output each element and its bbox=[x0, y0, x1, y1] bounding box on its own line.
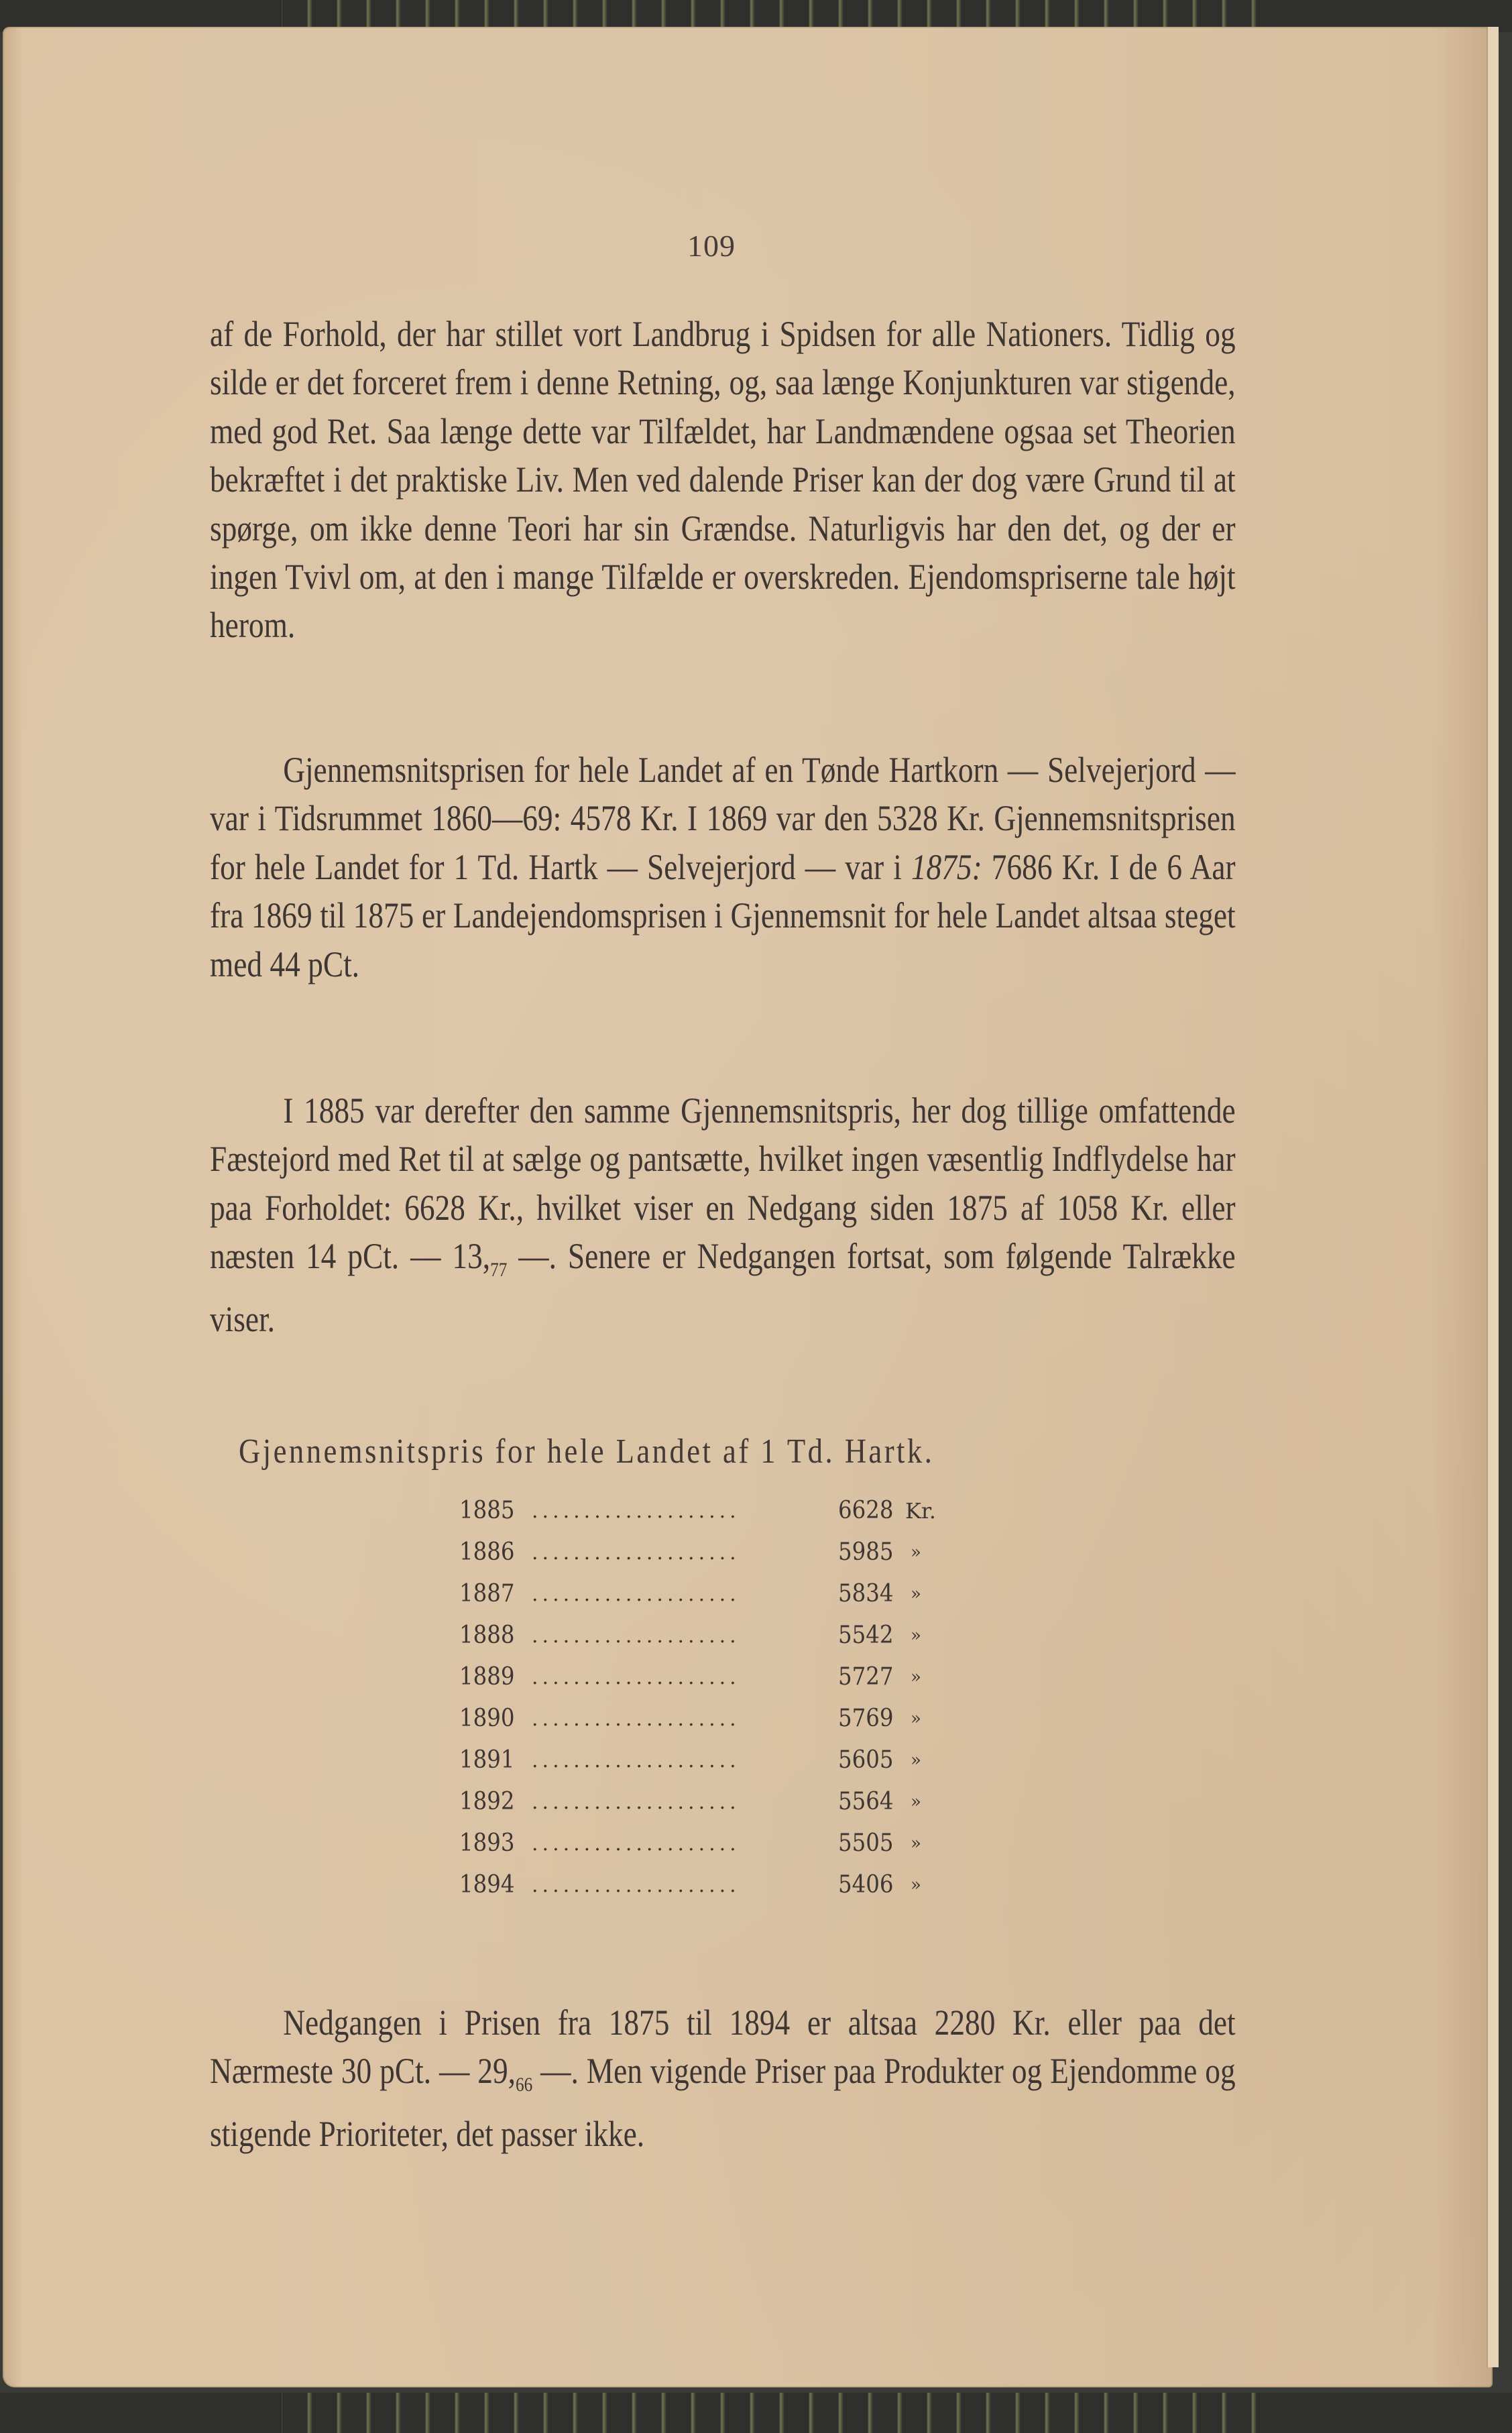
ditto-mark: » bbox=[911, 1584, 921, 1604]
row-unit: Kr. bbox=[905, 1498, 936, 1524]
row-year: 1890 bbox=[459, 1705, 514, 1732]
binding-plain-right bbox=[1257, 2393, 1512, 2433]
dot-leader: .................... bbox=[532, 1538, 787, 1568]
dot-leader: .................... bbox=[532, 1871, 787, 1901]
row-value: 5985 bbox=[838, 1538, 893, 1566]
dot-leader: .................... bbox=[532, 1788, 787, 1817]
row-year: 1886 bbox=[459, 1538, 514, 1566]
row-year: 1893 bbox=[459, 1829, 514, 1857]
dot-leader: .................... bbox=[532, 1622, 787, 1651]
row-year: 1894 bbox=[459, 1871, 514, 1899]
row-value: 5505 bbox=[838, 1829, 893, 1857]
page-number: 109 bbox=[687, 228, 736, 264]
row-value: 5727 bbox=[838, 1663, 893, 1691]
row-value: 5406 bbox=[838, 1871, 893, 1899]
ditto-mark: » bbox=[911, 1667, 921, 1687]
paragraph-text: Gjennemsnitsprisen for hele Landet af en… bbox=[210, 746, 1236, 988]
paragraph-4: Nedgangen i Prisen fra 1875 til 1894 er … bbox=[210, 1998, 1236, 2158]
row-value: 6628 bbox=[838, 1497, 893, 1524]
paragraph-1: af de Forhold, der har stillet vort Land… bbox=[210, 310, 1236, 650]
ditto-mark: » bbox=[911, 1750, 921, 1770]
row-year: 1891 bbox=[459, 1746, 514, 1774]
row-value: 5564 bbox=[838, 1788, 893, 1815]
book-binding-bottom bbox=[0, 2393, 1512, 2433]
row-year: 1887 bbox=[459, 1580, 514, 1607]
table-title: Gjennemsnitspris for hele Landet af 1 Td… bbox=[239, 1432, 934, 1471]
decimal-subscript: 66 bbox=[516, 2074, 532, 2096]
paragraph-2: Gjennemsnitsprisen for hele Landet af en… bbox=[210, 746, 1236, 988]
dot-leader: .................... bbox=[532, 1746, 787, 1776]
ditto-mark: » bbox=[911, 1833, 921, 1854]
dot-leader: .................... bbox=[532, 1497, 787, 1526]
row-year: 1885 bbox=[459, 1497, 514, 1524]
paragraph-text: af de Forhold, der har stillet vort Land… bbox=[210, 310, 1236, 650]
page-stack-edge bbox=[1487, 27, 1499, 2367]
dot-leader: .................... bbox=[532, 1580, 787, 1609]
row-value: 5542 bbox=[838, 1622, 893, 1649]
decimal-subscript: 77 bbox=[490, 1259, 507, 1281]
row-year: 1889 bbox=[459, 1663, 514, 1691]
italic-year: 1875: bbox=[911, 847, 982, 887]
ditto-mark: » bbox=[911, 1542, 921, 1563]
row-year: 1892 bbox=[459, 1788, 514, 1815]
paragraph-3: I 1885 var derefter den samme Gjennemsni… bbox=[210, 1086, 1236, 1343]
ditto-mark: » bbox=[911, 1875, 921, 1895]
paragraph-text: I 1885 var derefter den samme Gjennemsni… bbox=[210, 1086, 1236, 1343]
dot-leader: .................... bbox=[532, 1829, 787, 1859]
row-value: 5769 bbox=[838, 1705, 893, 1732]
ditto-mark: » bbox=[911, 1709, 921, 1729]
row-year: 1888 bbox=[459, 1622, 514, 1649]
ditto-mark: » bbox=[911, 1626, 921, 1646]
binding-plain-left bbox=[0, 2393, 282, 2433]
ditto-mark: » bbox=[911, 1792, 921, 1812]
paragraph-text: Nedgangen i Prisen fra 1875 til 1894 er … bbox=[210, 1998, 1236, 2158]
row-value: 5605 bbox=[838, 1746, 893, 1774]
dot-leader: .................... bbox=[532, 1705, 787, 1734]
row-value: 5834 bbox=[838, 1580, 893, 1607]
dot-leader: .................... bbox=[532, 1663, 787, 1693]
